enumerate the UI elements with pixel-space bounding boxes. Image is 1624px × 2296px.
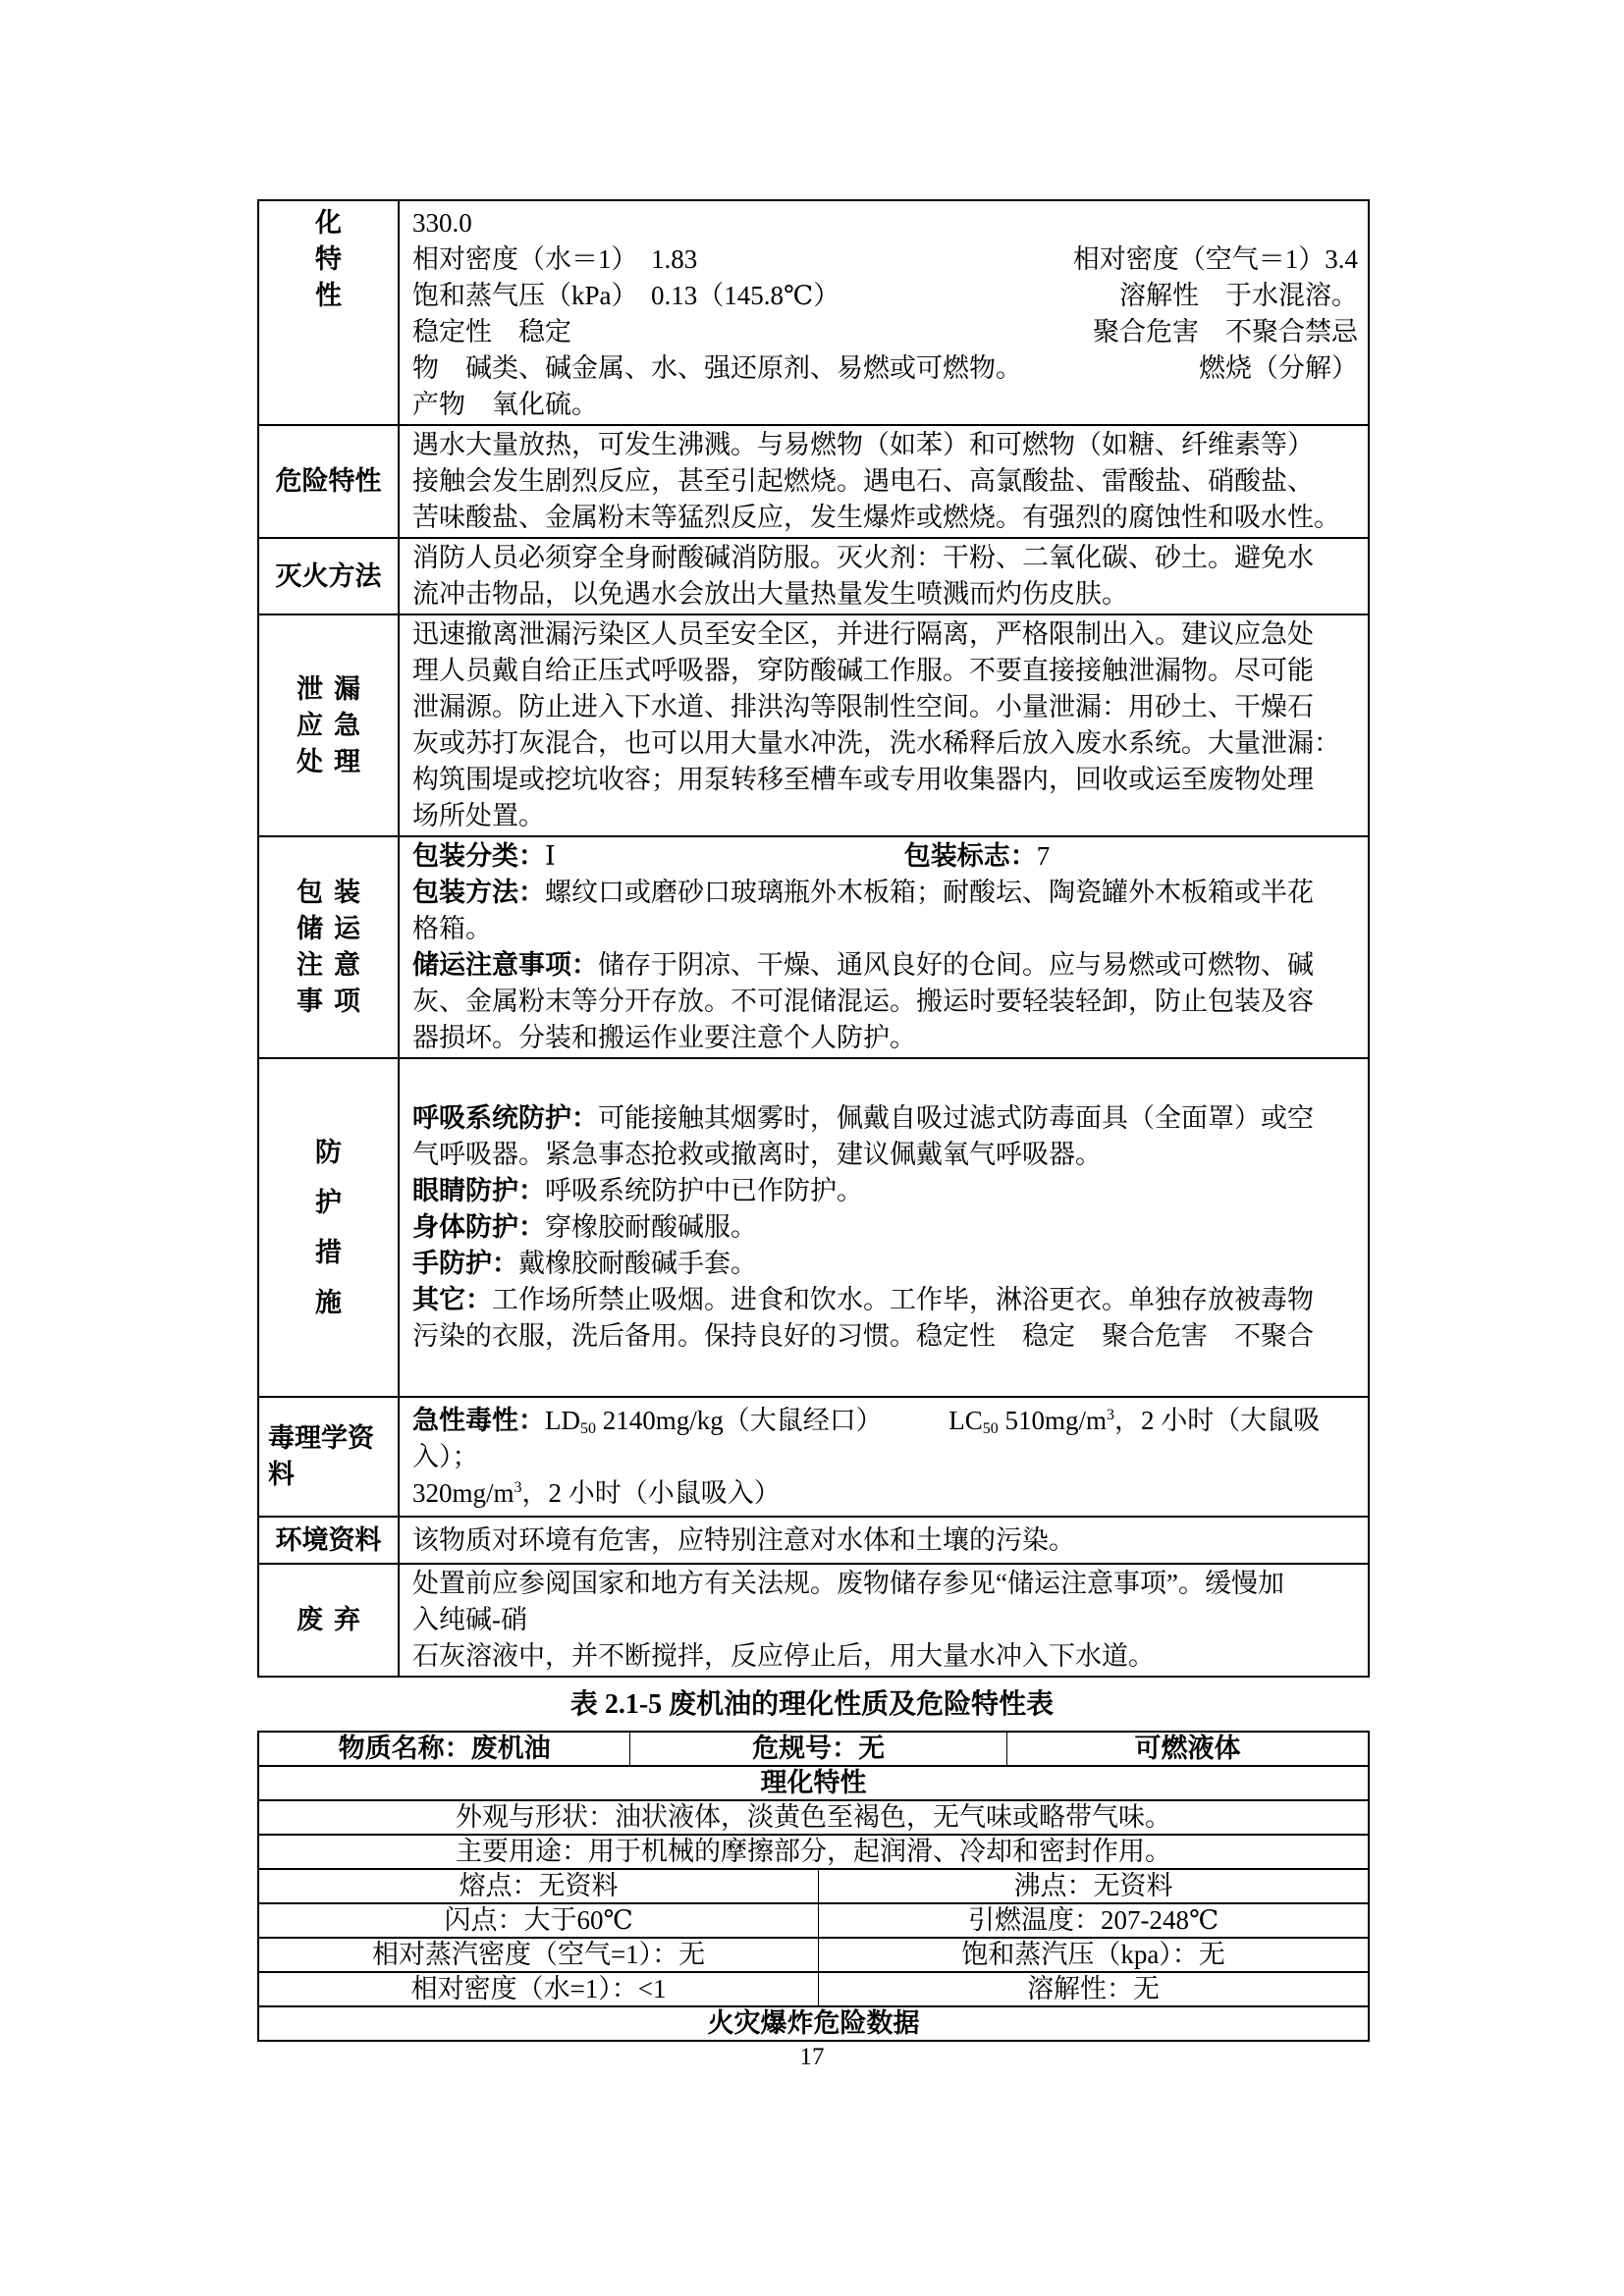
row-environment-content: 该物质对环境有危害，应特别注意对水体和土壤的污染。 [400,1518,1368,1563]
row-vapor-density-pressure: 相对蒸汽密度（空气=1）：无 饱和蒸汽压（kpa）：无 [259,1937,1368,1971]
row-disposal: 废弃 处置前应参阅国家和地方有关法规。废物储存参见“储运注意事项”。缓慢加 入纯… [259,1563,1368,1676]
relative-vapor-density: 相对蒸汽密度（空气=1）：无 [259,1939,819,1971]
row-disposal-content: 处置前应参阅国家和地方有关法规。废物储存参见“储运注意事项”。缓慢加 入纯碱-硝… [400,1565,1368,1676]
row-physchem-content: 330.0 相对密度（水＝1） 1.83 相对密度（空气＝1）3.4 饱和蒸气压… [400,201,1368,424]
row-leak-emergency-content: 迅速撤离泄漏污染区人员至安全区，并进行隔离，严格限制出入。建议应急处 理人员戴自… [400,615,1368,835]
row-disposal-label: 废弃 [259,1565,400,1676]
row-leak-emergency: 泄漏 应急 处理 迅速撤离泄漏污染区人员至安全区，并进行隔离，严格限制出入。建议… [259,614,1368,835]
physchem-line-5: 物 碱类、碱金属、水、强还原剂、易燃或可燃物。 燃烧（分解） [412,350,1358,387]
row-hazard-content: 遇水大量放热，可发生沸溅。与易燃物（如苯）和可燃物（如糖、纤维素等） 接触会发生… [400,426,1368,537]
hand-protection: 手防护：戴橡胶耐酸碱手套。 [412,1246,1358,1282]
waste-oil-table: 物质名称：废机油 危规号：无 可燃液体 理化特性 外观与形状：油状液体，淡黄色至… [257,1731,1370,2042]
acute-toxicity-line2: 入）； [412,1439,1358,1475]
row-density-solubility: 相对密度（水=1）：<1 溶解性：无 [259,1971,1368,2005]
row-fire-fighting-label: 灭火方法 [259,539,400,614]
substance-class: 可燃液体 [1007,1733,1368,1765]
row-toxicology: 毒理学资 料 急性毒性：LD50 2140mg/kg（大鼠经口） LC50 51… [259,1396,1368,1516]
physchem-line-6: 产物 氧化硫。 [412,387,1358,423]
saturated-vapor-pressure: 饱和蒸汽压（kpa）：无 [819,1939,1368,1971]
row-packing-storage-content: 包装分类：Ⅰ 包装标志：7 包装方法：螺纹口或磨砂口玻璃瓶外木板箱；耐酸坛、陶瓷… [400,837,1368,1057]
melting-point: 熔点：无资料 [259,1870,819,1902]
hazard-property-table: 化 特 性 330.0 相对密度（水＝1） 1.83 相对密度（空气＝1）3.4… [257,199,1370,1678]
physchem-line-3: 饱和蒸气压（kPa） 0.13（145.8℃） 溶解性 于水混溶。 [412,278,1358,314]
flash-point: 闪点：大于60℃ [259,1904,819,1937]
row-protective-label: 防 护 措 施 [259,1059,400,1396]
row-appearance: 外观与形状：油状液体，淡黄色至褐色，无气味或略带气味。 [259,1799,1368,1834]
row-substance-header: 物质名称：废机油 危规号：无 可燃液体 [259,1733,1368,1765]
row-hazard-label: 危险特性 [259,426,400,537]
row-environment: 环境资料 该物质对环境有危害，应特别注意对水体和土壤的污染。 [259,1516,1368,1563]
document-page: 化 特 性 330.0 相对密度（水＝1） 1.83 相对密度（空气＝1）3.4… [0,0,1624,2296]
relative-density: 相对密度（水=1）：<1 [259,1973,819,2005]
physchem-line-2: 相对密度（水＝1） 1.83 相对密度（空气＝1）3.4 [412,241,1358,278]
row-toxicology-content: 急性毒性：LD50 2140mg/kg（大鼠经口） LC50 510mg/m3，… [400,1398,1368,1516]
physchem-line-4: 稳定性 稳定 聚合危害 不聚合禁忌 [412,314,1358,350]
row-environment-label: 环境资料 [259,1518,400,1563]
page-number: 17 [0,2044,1624,2071]
row-protective-measures: 防 护 措 施 呼吸系统防护：可能接触其烟雾时，佩戴自吸过滤式防毒面具（全面罩）… [259,1057,1368,1396]
row-toxicology-label: 毒理学资 料 [259,1398,400,1516]
other-protection: 其它：工作场所禁止吸烟。进食和饮水。工作毕，淋浴更衣。单独存放被毒物 污染的衣服… [412,1282,1358,1355]
row-section-fire: 火灾爆炸危险数据 [259,2005,1368,2040]
hazard-number: 危规号：无 [630,1733,1007,1765]
packing-method: 包装方法：螺纹口或磨砂口玻璃瓶外木板箱；耐酸坛、陶瓷罐外木板箱或半花 格箱。 [412,875,1358,947]
solubility: 溶解性：无 [819,1973,1368,2005]
acute-toxicity-line1: 急性毒性：LD50 2140mg/kg（大鼠经口） LC50 510mg/m3，… [412,1403,1358,1439]
row-leak-emergency-label: 泄漏 应急 处理 [259,615,400,835]
body-protection: 身体防护：穿橡胶耐酸碱服。 [412,1209,1358,1246]
row-melting-boiling: 熔点：无资料 沸点：无资料 [259,1868,1368,1902]
row-physchem-label: 化 特 性 [259,201,400,424]
acute-toxicity-line3: 320mg/m3，2 小时（小鼠吸入） [412,1475,1358,1512]
row-usage: 主要用途：用于机械的摩擦部分，起润滑、冷却和密封作用。 [259,1834,1368,1868]
physchem-line-1: 330.0 [412,205,1358,241]
eye-protection: 眼睛防护：呼吸系统防护中已作防护。 [412,1173,1358,1209]
storage-notes: 储运注意事项：储存于阴凉、干燥、通风良好的仓间。应与易燃或可燃物、碱 灰、金属粉… [412,947,1358,1056]
row-fire-fighting: 灭火方法 消防人员必须穿全身耐酸碱消防服。灭火剂：干粉、二氧化碳、砂土。避免水 … [259,537,1368,614]
row-packing-storage-label: 包装 储运 注意 事项 [259,837,400,1057]
packing-class-line: 包装分类：Ⅰ 包装标志：7 [412,838,1358,875]
row-fire-fighting-content: 消防人员必须穿全身耐酸碱消防服。灭火剂：干粉、二氧化碳、砂土。避免水 流冲击物品… [400,539,1368,614]
row-physchem: 化 特 性 330.0 相对密度（水＝1） 1.83 相对密度（空气＝1）3.4… [259,201,1368,424]
row-hazard-characteristics: 危险特性 遇水大量放热，可发生沸溅。与易燃物（如苯）和可燃物（如糖、纤维素等） … [259,424,1368,537]
respiratory-protection: 呼吸系统防护：可能接触其烟雾时，佩戴自吸过滤式防毒面具（全面罩）或空 气呼吸器。… [412,1100,1358,1173]
ignition-temperature: 引燃温度：207-248℃ [819,1904,1368,1937]
table-caption: 表 2.1-5 废机油的理化性质及危险特性表 [0,1682,1624,1722]
row-protective-content: 呼吸系统防护：可能接触其烟雾时，佩戴自吸过滤式防毒面具（全面罩）或空 气呼吸器。… [400,1059,1368,1396]
row-section-physchem: 理化特性 [259,1765,1368,1799]
row-packing-storage: 包装 储运 注意 事项 包装分类：Ⅰ 包装标志：7 包装方法：螺纹口或磨砂口玻璃… [259,835,1368,1057]
substance-name: 物质名称：废机油 [259,1733,630,1765]
row-flash-ignition: 闪点：大于60℃ 引燃温度：207-248℃ [259,1902,1368,1937]
boiling-point: 沸点：无资料 [819,1870,1368,1902]
